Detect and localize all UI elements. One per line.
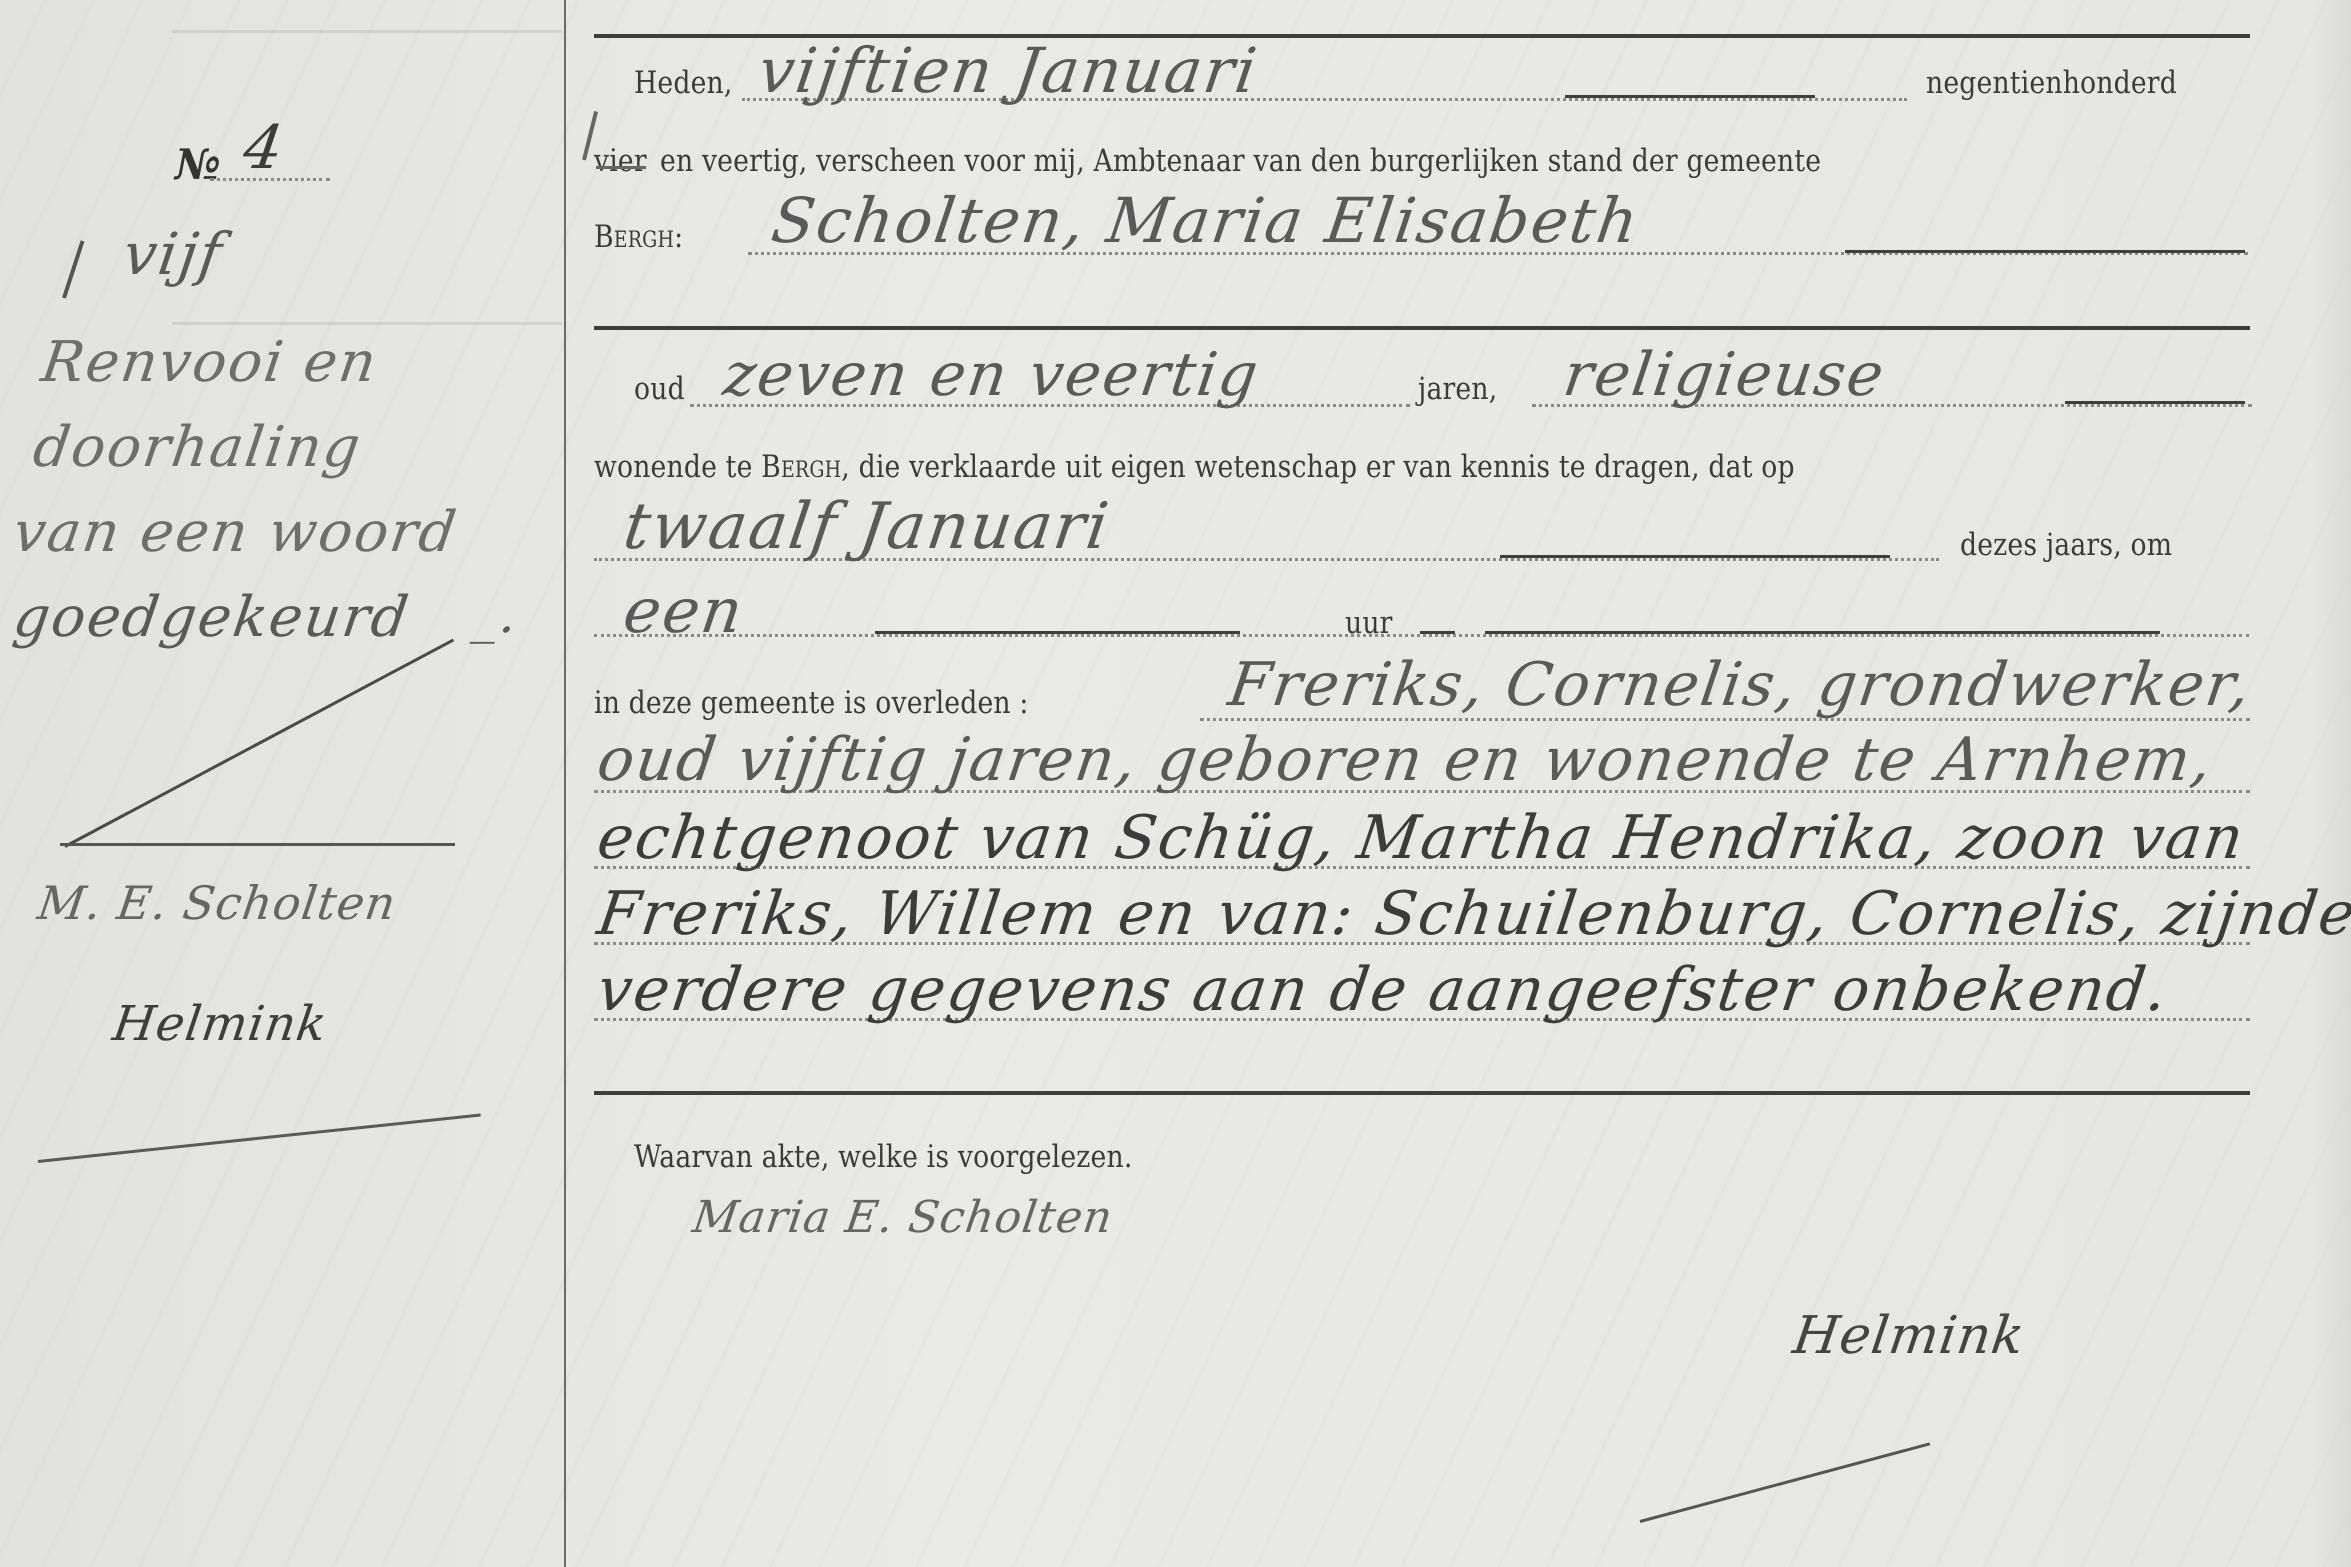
dotted-line (594, 634, 2249, 637)
handwritten-hour: een (620, 580, 748, 642)
fill-rule (1500, 555, 1890, 558)
margin-signature-official: Helmink (110, 1000, 330, 1048)
margin-note-line: van een woord (10, 505, 461, 561)
entry-number-label: № (175, 140, 221, 189)
strikethrough-mark (596, 166, 646, 169)
margin-note-line: Renvooi en (38, 335, 381, 391)
fill-rule (1420, 631, 1455, 634)
fill-rule (1565, 95, 1815, 98)
bleed-through-rule (172, 322, 562, 325)
margin-note-line: doorhaling (30, 420, 365, 476)
fill-rule (1485, 631, 2160, 634)
form-text-struck-word: vier (594, 146, 647, 177)
section-rule (594, 326, 2250, 330)
handwritten-age: zeven en veertig (720, 345, 1263, 405)
signature-declarant: Maria E. Scholten (690, 1196, 1116, 1240)
form-text-line2: en veertig, verscheen voor mij, Ambtenaa… (660, 146, 1821, 177)
form-text-jaren: jaren, (1418, 374, 1497, 405)
margin-divider (564, 0, 566, 1567)
form-text-place: Bergh (761, 449, 841, 485)
handwritten-date: vijftien Januari (755, 40, 1262, 102)
form-text-overleden: in deze gemeente is overleden : (594, 688, 1029, 719)
handwritten-declarant-name: Scholten, Maria Elisabeth (768, 190, 1643, 252)
page-edge-shadow (2311, 0, 2351, 1567)
form-text-uur: uur (1345, 608, 1393, 639)
margin-note-line: goedgekeurd (10, 590, 413, 646)
handwritten-body-line: verdere gegevens aan de aangeefster onbe… (594, 960, 2172, 1020)
form-text-negentienhonderd: negentienhonderd (1926, 68, 2177, 99)
handwritten-deceased: Freriks, Cornelis, grondwerker, (1225, 655, 2255, 715)
closing-rule (594, 1091, 2250, 1095)
margin-note-suffix: _. (470, 590, 522, 640)
form-text-heden: Heden, (634, 68, 733, 99)
form-text-oud: oud (634, 374, 685, 405)
fill-rule (1845, 250, 2245, 253)
bleed-through-rule (172, 30, 562, 33)
handwritten-occupation: religieuse (1560, 345, 1889, 405)
form-text-dezes-jaars: dezes jaars, om (1960, 530, 2172, 561)
form-text-bergh: Bergh: (594, 222, 683, 253)
form-text-wonende: wonende te (594, 449, 753, 485)
handwritten-body-line: Freriks, Willem en van: Schuilenburg, Co… (594, 884, 2351, 944)
margin-inserted-word: vijf (120, 225, 227, 283)
handwritten-body-line: oud vijftig jaren, geboren en wonende te… (594, 730, 2217, 790)
fill-rule (875, 631, 1240, 634)
fill-rule (2065, 401, 2245, 404)
form-text-line5-rest: , die verklaarde uit eigen wetenschap er… (841, 449, 1794, 485)
handwritten-death-date: twaalf Januari (620, 495, 1114, 559)
margin-underline (60, 843, 455, 846)
handwritten-body-line: echtgenoot van Schüg, Martha Hendrika, z… (594, 808, 2249, 868)
form-text-line5: wonende te Bergh, die verklaarde uit eig… (594, 452, 1795, 483)
form-text-closing: Waarvan akte, welke is voorgelezen. (634, 1142, 1132, 1173)
entry-number: 4 (240, 118, 289, 178)
signature-official: Helmink (1790, 1310, 2028, 1362)
margin-signature-declarant: M. E. Scholten (35, 880, 399, 926)
